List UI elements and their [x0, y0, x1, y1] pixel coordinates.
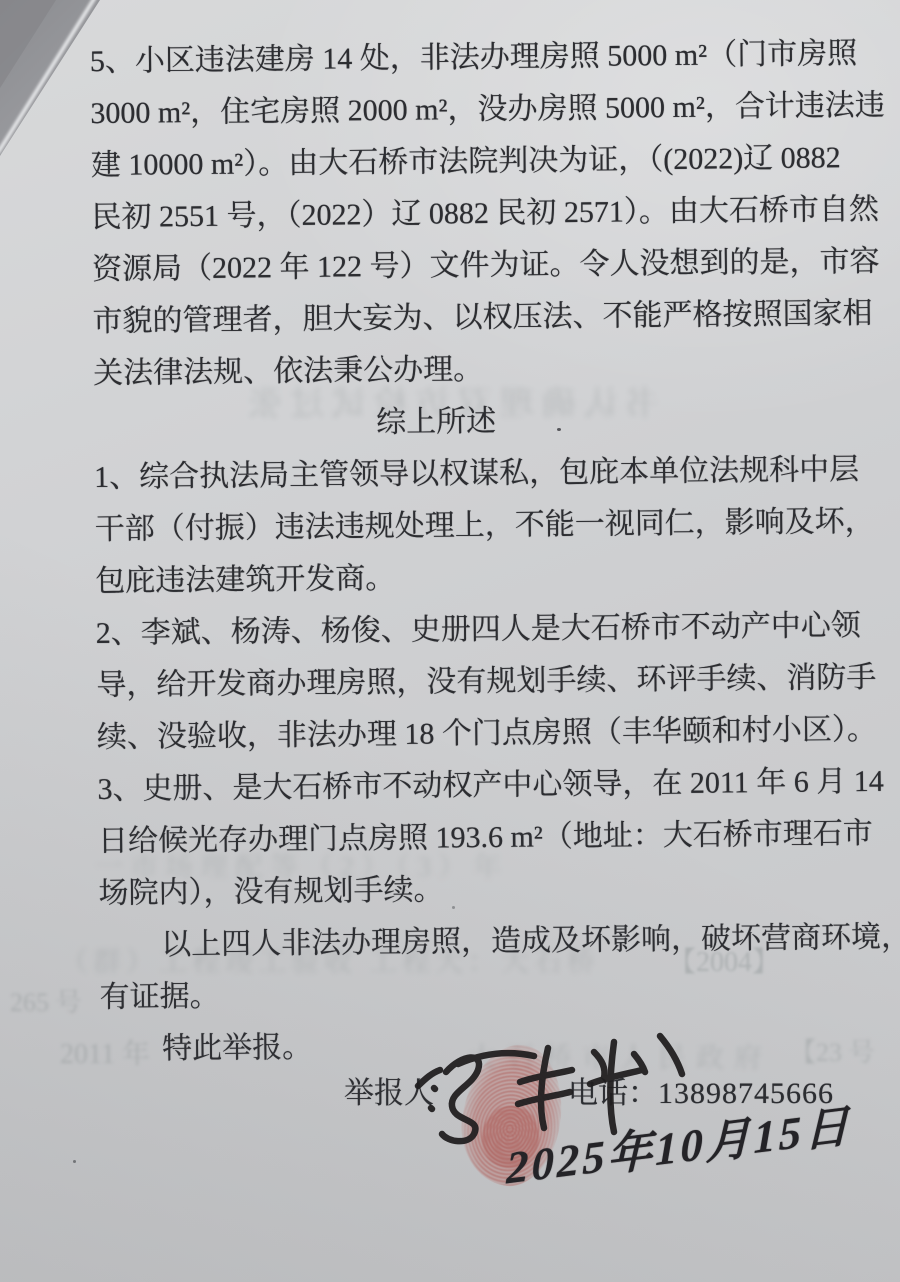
- body-line: 包庇违法建筑开发商。: [95, 548, 871, 608]
- bleedthrough-text: 265 号: [10, 982, 82, 1019]
- section-heading: 综上所述: [93, 392, 869, 452]
- body-line: 以上四人非法办理房照，造成及坏影响，破坏营商环境，: [99, 912, 875, 972]
- body-line: 干部（付振）违法违规处理上，不能一视同仁，影响及坏，: [94, 496, 870, 556]
- body-line: 导，给开发商办理房照，没有规划手续、环评手续、消防手: [96, 652, 872, 712]
- letter-body: 5、小区违法建房 14 处，非法办理房照 5000 m²（门市房照 3000 m…: [90, 28, 876, 1076]
- body-line: 3、史册、是大石桥市不动权产中心领导，在 2011 年 6 月 14: [97, 756, 873, 816]
- body-line: 民初 2551 号，（2022）辽 0882 民初 2571）。由大石桥市自然: [91, 184, 867, 244]
- body-line: 续、没验收，非法办理 18 个门点房照（丰华颐和村小区）。: [97, 704, 873, 764]
- body-line: 1、综合执法局主管领导以权谋私，包庇本单位法规科中层: [94, 444, 870, 504]
- document-photo: 书认确理双访检试过张 一市场理配等（2）（3）年 （群）工程竣工验收 工程大：大…: [0, 0, 900, 1282]
- body-line: 有证据。: [99, 964, 875, 1024]
- body-line: 市貌的管理者，胆大妄为、以权压法、不能严格按照国家相: [92, 288, 868, 348]
- body-line: 5、小区违法建房 14 处，非法办理房照 5000 m²（门市房照: [90, 28, 866, 88]
- body-line: 关法律法规、依法秉公办理。: [93, 340, 869, 400]
- body-line: 3000 m²，住宅房照 2000 m²，没办房照 5000 m²，合计违法违: [90, 80, 866, 140]
- body-line: 场院内），没有规划手续。: [98, 860, 874, 920]
- dust-speck: [73, 1160, 76, 1163]
- body-line: 日给候光存办理门点房照 193.6 m²（地址：大石桥市理石市: [98, 808, 874, 868]
- body-line: 2、李斌、杨涛、杨俊、史册四人是大石桥市不动产中心领: [96, 600, 872, 660]
- body-line: 资源局（2022 年 122 号）文件为证。令人没想到的是，市容: [92, 236, 868, 296]
- body-line: 建 10000 m²）。由大石桥市法院判决为证，（(2022)辽 0882: [91, 132, 867, 192]
